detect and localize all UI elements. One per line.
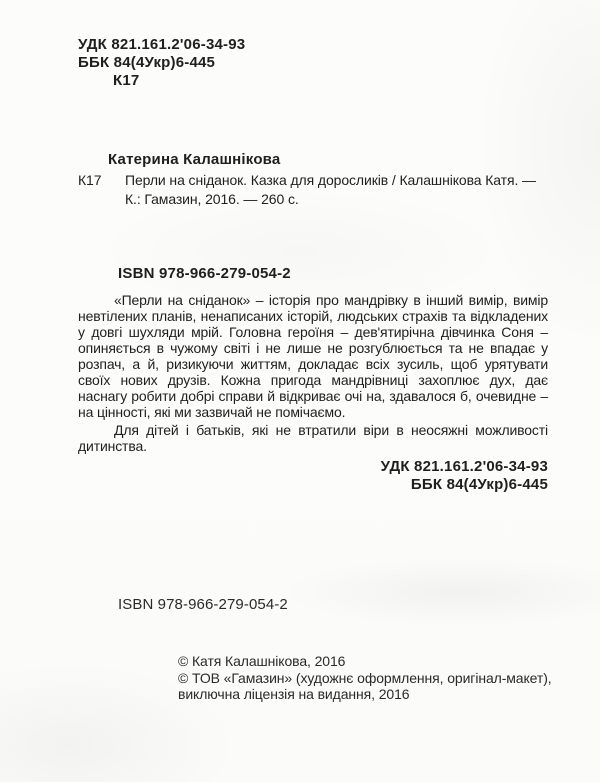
annotation-paragraph-2: Для дітей і батьків, які не втратили вір…	[78, 422, 548, 454]
catalog-entry: К17 Перли на сніданок. Казка для доросли…	[78, 171, 536, 209]
annotation-paragraph-1: «Перли на сніданок» – історія про мандрі…	[78, 292, 548, 420]
udc-code-top: УДК 821.161.2'06-34-93	[78, 36, 245, 54]
annotation-block: «Перли на сніданок» – історія про мандрі…	[78, 292, 548, 454]
classification-codes-bottom: УДК 821.161.2'06-34-93 ББК 84(4Укр)6-445	[381, 458, 548, 494]
author-name: Катерина Калашнікова	[108, 151, 280, 168]
copyright-publisher-line: © ТОВ «Гамазин» (художнє оформлення, ори…	[178, 670, 552, 687]
bbk-code-bottom: ББК 84(4Укр)6-445	[381, 476, 548, 494]
catalog-entry-line1: Перли на сніданок. Казка для доросликів …	[125, 171, 536, 190]
copyright-license-line: виключна ліцензія на видання, 2016	[178, 686, 552, 703]
author-sign-code: К17	[78, 72, 245, 90]
book-imprint-page: УДК 821.161.2'06-34-93 ББК 84(4Укр)6-445…	[0, 0, 600, 782]
udc-code-bottom: УДК 821.161.2'06-34-93	[381, 458, 548, 476]
copyright-author-line: © Катя Калашнікова, 2016	[178, 653, 552, 670]
bbk-code-top: ББК 84(4Укр)6-445	[78, 54, 245, 72]
isbn-bottom: ISBN 978-966-279-054-2	[118, 596, 288, 613]
copyright-block: © Катя Калашнікова, 2016 © ТОВ «Гамазин»…	[178, 653, 552, 703]
classification-codes-top: УДК 821.161.2'06-34-93 ББК 84(4Укр)6-445…	[78, 36, 245, 90]
isbn-top: ISBN 978-966-279-054-2	[118, 265, 291, 282]
catalog-entry-text: Перли на сніданок. Казка для доросликів …	[125, 171, 536, 209]
catalog-entry-code: К17	[78, 171, 125, 209]
catalog-entry-line2: К.: Гамазин, 2016. — 260 с.	[125, 190, 536, 209]
